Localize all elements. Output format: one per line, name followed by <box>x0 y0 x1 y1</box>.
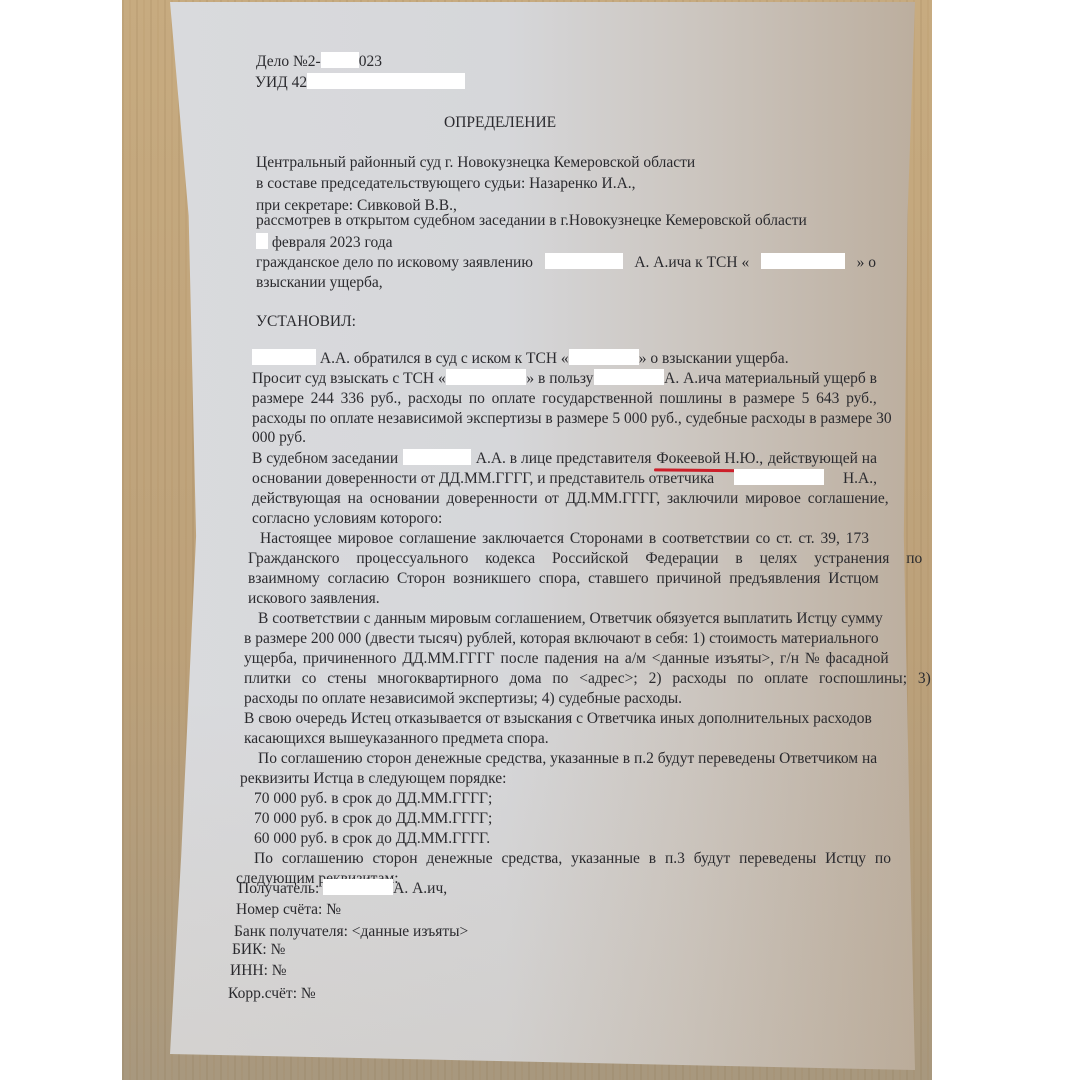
payment-item: 60 000 руб. в срок до ДД.ММ.ГГГГ. <box>254 829 490 849</box>
redaction-box <box>761 253 845 269</box>
case-line-b: А. А.ича к ТСН « <box>634 253 749 273</box>
p3-l2-b: Н.А., <box>843 469 877 489</box>
p3-l2-a: основании доверенности от ДД.ММ.ГГГГ, и … <box>252 469 714 489</box>
word: 336 <box>341 389 364 409</box>
case-number-suffix: 023 <box>359 53 382 70</box>
word: 244 <box>311 389 334 409</box>
paragraph-obligation-line3: ущерба, причиненного ДД.ММ.ГГГГ после па… <box>244 649 889 669</box>
paragraph-payment-order-line1: По соглашению сторон денежные средства, … <box>258 749 877 769</box>
recipient-suffix: А. А.ич, <box>393 880 447 897</box>
word: руб., <box>846 389 877 409</box>
recipient-label: Получатель: <box>238 880 319 897</box>
word: 643 <box>816 389 839 409</box>
redaction-box <box>323 879 393 895</box>
case-number-prefix: Дело №2- <box>256 53 321 70</box>
paragraph-claim: А.А. обратился в суд с иском к ТСН «» о … <box>252 349 789 369</box>
paragraph-session-line1: В судебном заседании А.А. в лице предста… <box>252 449 877 469</box>
word: в <box>729 389 736 409</box>
date-text: февраля 2023 года <box>272 234 393 251</box>
session-line: рассмотрев в открытом судебном заседании… <box>256 211 807 231</box>
inn: ИНН: № <box>230 961 287 981</box>
document-title: ОПРЕДЕЛЕНИЕ <box>444 113 556 133</box>
p3-c: действующей на <box>768 449 877 469</box>
paragraph-obligation-line5: расходы по оплате независимой экспертизы… <box>244 689 682 709</box>
paragraph-agreement-line3: взаимному согласию Сторон возникшего спо… <box>248 569 879 589</box>
case-line-a: гражданское дело по исковому заявлению <box>256 253 533 273</box>
word: пошлины <box>659 389 722 409</box>
court-name: Центральный районный суд г. Новокузнецка… <box>256 153 695 173</box>
account-number: Номер счёта: № <box>236 900 341 920</box>
redaction-box <box>321 52 359 68</box>
p1-end: » о взыскании ущерба. <box>639 350 789 367</box>
word: руб., <box>371 389 402 409</box>
paragraph-session-line4: согласно условиям которого: <box>252 509 442 529</box>
paragraph-request-line3: расходы по оплате независимой экспертизы… <box>252 409 892 429</box>
section-title: УСТАНОВИЛ: <box>256 312 356 332</box>
paragraph-agreement-line4: искового заявления. <box>248 589 380 609</box>
word: оплате <box>492 389 536 409</box>
redaction-box <box>403 449 471 465</box>
correspondent-account: Корр.счёт: № <box>228 984 316 1004</box>
redaction-box <box>545 253 623 269</box>
word: размере <box>743 389 795 409</box>
word: по <box>469 389 485 409</box>
judge-line: в составе председательствующего судьи: Н… <box>256 174 636 194</box>
p3-a: В судебном заседании <box>252 449 398 469</box>
uid-prefix: УИД 42 <box>255 74 307 91</box>
paragraph-request-line4: 000 руб. <box>252 428 306 448</box>
paragraph-session-line3: действующая на основании доверенности от… <box>252 489 889 509</box>
paragraph-agreement-line1: Настоящее мировое соглашение заключается… <box>260 529 869 549</box>
p2-b: » в пользу <box>526 369 593 389</box>
redaction-box <box>307 73 465 89</box>
redaction-box <box>446 369 526 385</box>
paragraph-request-line1: Просит суд взыскать с ТСН « » в пользу А… <box>252 369 877 389</box>
redaction-box <box>569 349 639 365</box>
paragraph-obligation-line4: плитки со стены многоквартирного дома по… <box>244 669 931 689</box>
payment-item: 70 000 руб. в срок до ДД.ММ.ГГГГ; <box>254 789 492 809</box>
word: размере <box>252 389 304 409</box>
case-description: гражданское дело по исковому заявлению А… <box>256 253 876 273</box>
p2-a: Просит суд взыскать с ТСН « <box>252 369 446 389</box>
paragraph-waiver-line1: В свою очередь Истец отказывается от взы… <box>244 709 872 729</box>
word: государственной <box>542 389 652 409</box>
case-line-c: » о <box>857 253 876 273</box>
case-description-end: взыскании ущерба, <box>256 273 383 293</box>
paragraph-request-line2: размере244336руб.,расходыпооплатегосудар… <box>252 389 877 409</box>
word: расходы <box>408 389 462 409</box>
paragraph-obligation-line2: в размере 200 000 (двести тысяч) рублей,… <box>244 629 879 649</box>
word: 5 <box>802 389 810 409</box>
redaction-box <box>734 469 824 485</box>
case-number: Дело №2-023 <box>256 52 382 72</box>
payment-item: 70 000 руб. в срок до ДД.ММ.ГГГГ; <box>254 809 492 829</box>
paragraph-obligation-line1: В соответствии с данным мировым соглашен… <box>258 609 883 629</box>
p2-c: А. А.ича материальный ущерб в <box>664 369 877 389</box>
p3-b: А.А. в лице представителя <box>476 449 652 469</box>
court-ruling-document: Дело №2-023 УИД 42 ОПРЕДЕЛЕНИЕ Центральн… <box>0 0 1080 1080</box>
redaction-box <box>256 233 268 249</box>
paragraph-waiver-line2: касающихся вышеуказанного предмета спора… <box>244 729 549 749</box>
session-date: февраля 2023 года <box>256 233 393 253</box>
redaction-box <box>252 349 316 365</box>
paragraph-session-line2: основании доверенности от ДД.ММ.ГГГГ, и … <box>252 469 877 489</box>
bik: БИК: № <box>232 940 285 960</box>
recipient-line: Получатель: А. А.ич, <box>238 879 447 899</box>
paragraph-agreement-line2: Гражданского процессуального кодекса Рос… <box>248 549 922 569</box>
redaction-box <box>594 369 664 385</box>
paragraph-payment-order-line2: реквизиты Истца в следующем порядке: <box>240 769 507 789</box>
highlighted-representative-name: Фокеевой Н.Ю., <box>656 449 763 469</box>
recipient-bank: Банк получателя: <данные изъяты> <box>234 922 468 942</box>
paragraph-requisites-line1: По соглашению сторон денежные средства, … <box>254 849 891 869</box>
uid-line: УИД 42 <box>255 73 465 93</box>
p1-text: А.А. обратился в суд с иском к ТСН « <box>320 350 569 367</box>
